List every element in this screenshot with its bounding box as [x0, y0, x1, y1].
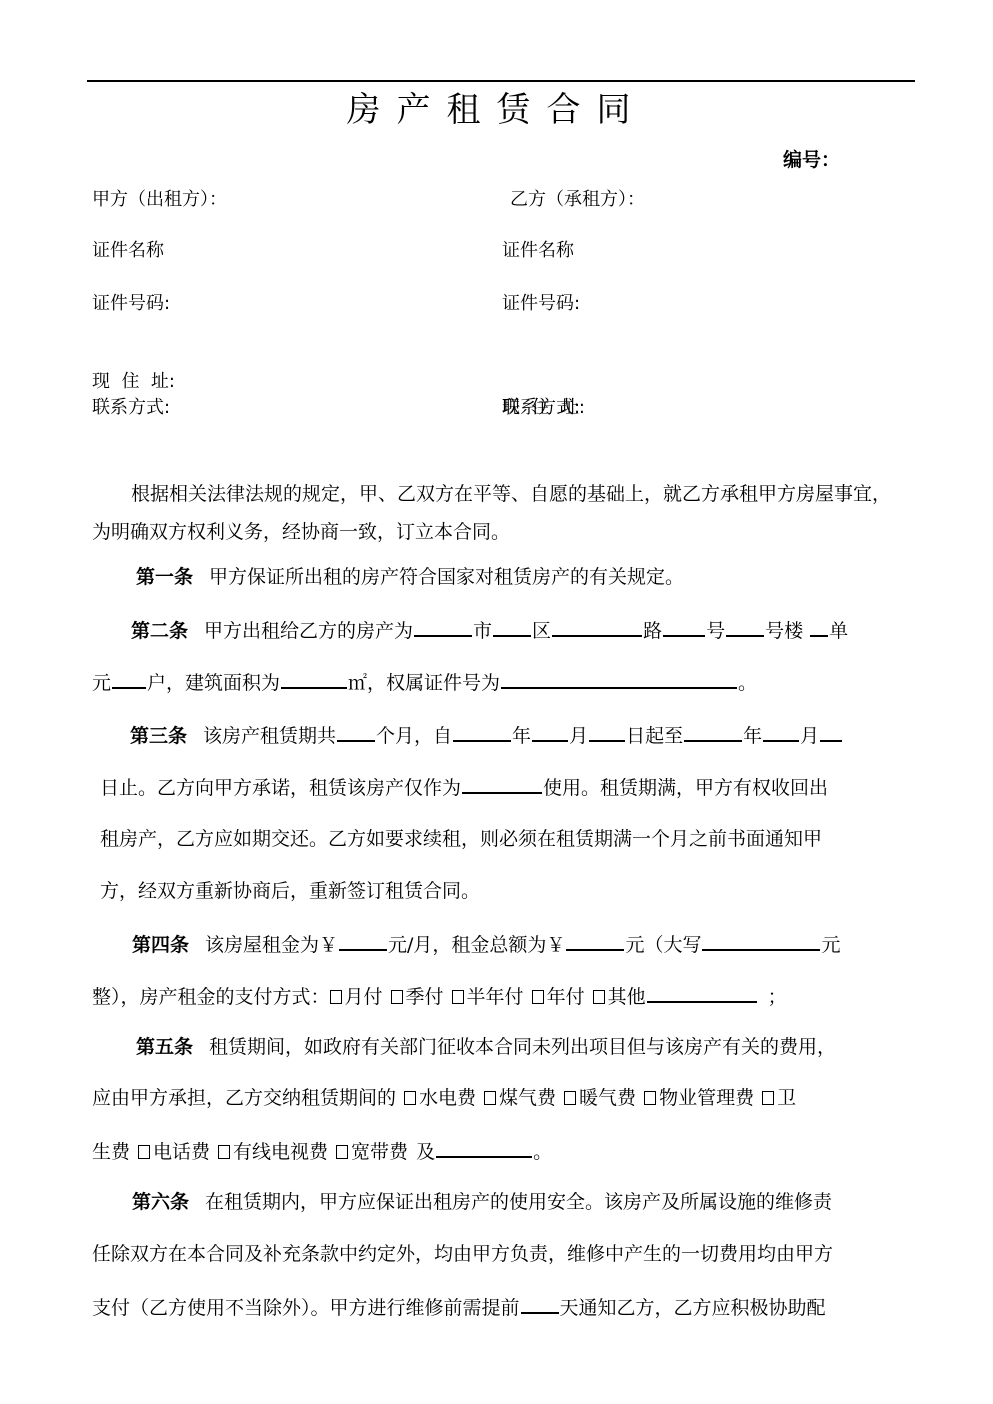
- fee-heating-label: 暖气费: [579, 1087, 636, 1109]
- uppercase-amount-blank[interactable]: [702, 929, 820, 951]
- party-a-address: 现 住 址:: [92, 369, 175, 395]
- district-label: 区: [532, 620, 551, 642]
- usage-label: 日止。乙方向甲方承诺，租赁该房产仅作为: [100, 777, 461, 799]
- yuan-label: 元: [821, 934, 840, 956]
- header-rule: [87, 80, 915, 82]
- monthly-rent-label: 该房屋租金为￥: [205, 934, 338, 956]
- monthly-rent-blank[interactable]: [339, 929, 387, 951]
- fee-sanitation-label-part: 卫: [777, 1087, 796, 1109]
- clause-5-number: 第五条: [136, 1036, 193, 1058]
- unit-label-end: 元: [92, 672, 111, 694]
- payment-other-label: 其他: [608, 986, 646, 1008]
- end-year-blank[interactable]: [684, 720, 742, 742]
- year-label: 年: [512, 725, 531, 747]
- repair-notice-days-blank[interactable]: [521, 1292, 559, 1314]
- area-label: 户，建筑面积为: [147, 672, 280, 694]
- period: 。: [533, 1141, 552, 1163]
- clause-3-number: 第三条: [130, 725, 187, 747]
- unit-blank[interactable]: [810, 615, 828, 637]
- clause-5-text: 租赁期间，如政府有关部门征收本合同未列出项目但与该房产有关的费用，: [209, 1036, 836, 1058]
- term-label: 该房产租赁期共: [203, 725, 336, 747]
- end-year-label: 年: [743, 725, 762, 747]
- party-b-heading: 乙方（承租方）：: [510, 187, 645, 213]
- payment-semiannual-checkbox[interactable]: [452, 990, 464, 1004]
- certificate-number-blank[interactable]: [501, 667, 737, 689]
- fee-cable-tv-checkbox[interactable]: [218, 1145, 230, 1159]
- clause-4-line-2: 整），房产租金的支付方式：月付季付半年付年付其他；: [92, 981, 787, 1011]
- clause-3-line-2: 日止。乙方向甲方承诺，租赁该房产仅作为使用。租赁期满，甲方有权收回出: [100, 772, 828, 802]
- until-label: 日起至: [626, 725, 683, 747]
- total-rent-blank[interactable]: [566, 929, 624, 951]
- uppercase-label: 元（大写: [625, 934, 701, 956]
- payment-monthly-label: 月付: [345, 986, 383, 1008]
- payment-semiannual-label: 半年付: [467, 986, 524, 1008]
- other-fees-blank[interactable]: [436, 1136, 532, 1158]
- term-months-blank[interactable]: [337, 720, 375, 742]
- fee-sanitation-checkbox[interactable]: [762, 1091, 774, 1105]
- end-day-blank[interactable]: [820, 720, 842, 742]
- clause-6-number: 第六条: [132, 1191, 189, 1213]
- building-label: 号楼: [765, 620, 809, 642]
- and-label: 及: [416, 1141, 435, 1163]
- clause-4-line-1: 第四条该房屋租金为￥元/月，租金总额为￥元（大写元: [132, 929, 840, 959]
- preamble-line-2: 为明确双方权利义务，经协商一致，订立本合同。: [92, 518, 510, 546]
- district-blank[interactable]: [493, 615, 531, 637]
- fees-label: 应由甲方承担，乙方交纳租赁期间的: [92, 1087, 396, 1109]
- clause-3-line-3: 租房产，乙方应如期交还。乙方如要求续租，则必须在租赁期满一个月之前书面通知甲: [100, 825, 822, 853]
- start-day-blank[interactable]: [589, 720, 625, 742]
- party-b-contact: 联系方式:: [502, 395, 580, 421]
- preamble-line-1: 根据相关法律法规的规定，甲、乙双方在平等、自愿的基础上，就乙方承租甲方房屋事宜，: [131, 480, 891, 508]
- clause-3-line-4: 方，经双方重新协商后，重新签订租赁合同。: [100, 877, 480, 905]
- fee-gas-checkbox[interactable]: [484, 1091, 496, 1105]
- unit-label-part: 单: [829, 620, 848, 642]
- fee-property-management-checkbox[interactable]: [644, 1091, 656, 1105]
- fee-telephone-checkbox[interactable]: [138, 1145, 150, 1159]
- certificate-label: ㎡，权属证件号为: [348, 672, 500, 694]
- payment-quarterly-checkbox[interactable]: [391, 990, 403, 1004]
- usage-text: 使用。租赁期满，甲方有权收回出: [543, 777, 828, 799]
- document-number-label: 编号：: [783, 147, 840, 173]
- clause-6-text: 在租赁期内，甲方应保证出租房产的使用安全。该房产及所属设施的维修责: [205, 1191, 832, 1213]
- fee-telephone-label: 电话费: [153, 1141, 210, 1163]
- building-blank[interactable]: [726, 615, 764, 637]
- party-b-id-type: 证件名称: [502, 238, 574, 264]
- repair-notice-text: 天通知乙方，乙方应积极协助配: [560, 1297, 826, 1319]
- end-month-blank[interactable]: [763, 720, 799, 742]
- semicolon: ；: [768, 986, 787, 1008]
- fee-broadband-label: 宽带费: [351, 1141, 408, 1163]
- clause-5-line-3: 生费电话费有线电视费宽带费及。: [92, 1136, 552, 1166]
- fee-gas-label: 煤气费: [499, 1087, 556, 1109]
- clause-2-line-1: 第二条甲方出租给乙方的房产为市区路号号楼 单: [131, 615, 848, 645]
- start-year-blank[interactable]: [453, 720, 511, 742]
- repair-notice-label: 支付（乙方使用不当除外）。甲方进行维修前需提前: [92, 1297, 520, 1319]
- clause-6-line-2: 任除双方在本合同及补充条款中约定外，均由甲方负责，维修中产生的一切费用均由甲方: [92, 1240, 833, 1268]
- fee-property-management-label: 物业管理费: [659, 1087, 754, 1109]
- payment-monthly-checkbox[interactable]: [330, 990, 342, 1004]
- payment-other-blank[interactable]: [647, 981, 757, 1003]
- number-blank[interactable]: [663, 615, 705, 637]
- area-blank[interactable]: [281, 667, 347, 689]
- payment-method-label: 整），房产租金的支付方式：: [92, 986, 330, 1008]
- clause-3-line-1: 第三条该房产租赁期共个月，自年月日起至年月: [130, 720, 843, 750]
- total-rent-label: 元/月，租金总额为￥: [388, 934, 565, 956]
- clause-4-number: 第四条: [132, 934, 189, 956]
- clause-1-text: 甲方保证所出租的房产符合国家对租赁房产的有关规定。: [209, 566, 684, 588]
- fee-sanitation-label-end: 生费: [92, 1141, 130, 1163]
- fee-broadband-checkbox[interactable]: [336, 1145, 348, 1159]
- road-blank[interactable]: [552, 615, 642, 637]
- payment-annual-checkbox[interactable]: [532, 990, 544, 1004]
- fee-cable-tv-label: 有线电视费: [233, 1141, 328, 1163]
- month-label: 月: [569, 725, 588, 747]
- clause-6-line-1: 第六条在租赁期内，甲方应保证出租房产的使用安全。该房产及所属设施的维修责: [132, 1188, 832, 1216]
- clause-2-line-2: 元户，建筑面积为㎡，权属证件号为。: [92, 667, 757, 697]
- household-blank[interactable]: [112, 667, 146, 689]
- party-b-id-number: 证件号码:: [502, 291, 580, 317]
- end-month-label: 月: [800, 725, 819, 747]
- payment-quarterly-label: 季付: [406, 986, 444, 1008]
- road-label: 路: [643, 620, 662, 642]
- party-a-id-type: 证件名称: [92, 238, 164, 264]
- clause-5-line-2: 应由甲方承担，乙方交纳租赁期间的水电费煤气费暖气费物业管理费卫: [92, 1084, 796, 1112]
- clause-5-line-1: 第五条租赁期间，如政府有关部门征收本合同未列出项目但与该房产有关的费用，: [136, 1033, 836, 1061]
- clause-2-number: 第二条: [131, 620, 188, 642]
- party-a-contact: 联系方式:: [92, 395, 170, 421]
- from-label: 个月，自: [376, 725, 452, 747]
- start-month-blank[interactable]: [532, 720, 568, 742]
- usage-blank[interactable]: [462, 772, 542, 794]
- city-blank[interactable]: [414, 615, 472, 637]
- clause-1-number: 第一条: [136, 566, 193, 588]
- payment-annual-label: 年付: [547, 986, 585, 1008]
- fee-heating-checkbox[interactable]: [564, 1091, 576, 1105]
- number-label: 号: [706, 620, 725, 642]
- clause-6-line-3: 支付（乙方使用不当除外）。甲方进行维修前需提前天通知乙方，乙方应积极协助配: [92, 1292, 826, 1322]
- clause-2-text: 甲方出租给乙方的房产为: [204, 620, 413, 642]
- payment-other-checkbox[interactable]: [593, 990, 605, 1004]
- fee-utilities-label: 水电费: [419, 1087, 476, 1109]
- document-title: 房产租赁合同: [0, 88, 993, 132]
- city-label: 市: [473, 620, 492, 642]
- clause-1: 第一条甲方保证所出租的房产符合国家对租赁房产的有关规定。: [136, 563, 684, 591]
- period: 。: [738, 672, 757, 694]
- party-a-id-number: 证件号码:: [92, 291, 170, 317]
- fee-utilities-checkbox[interactable]: [404, 1091, 416, 1105]
- party-a-heading: 甲方（出租方）：: [92, 187, 227, 213]
